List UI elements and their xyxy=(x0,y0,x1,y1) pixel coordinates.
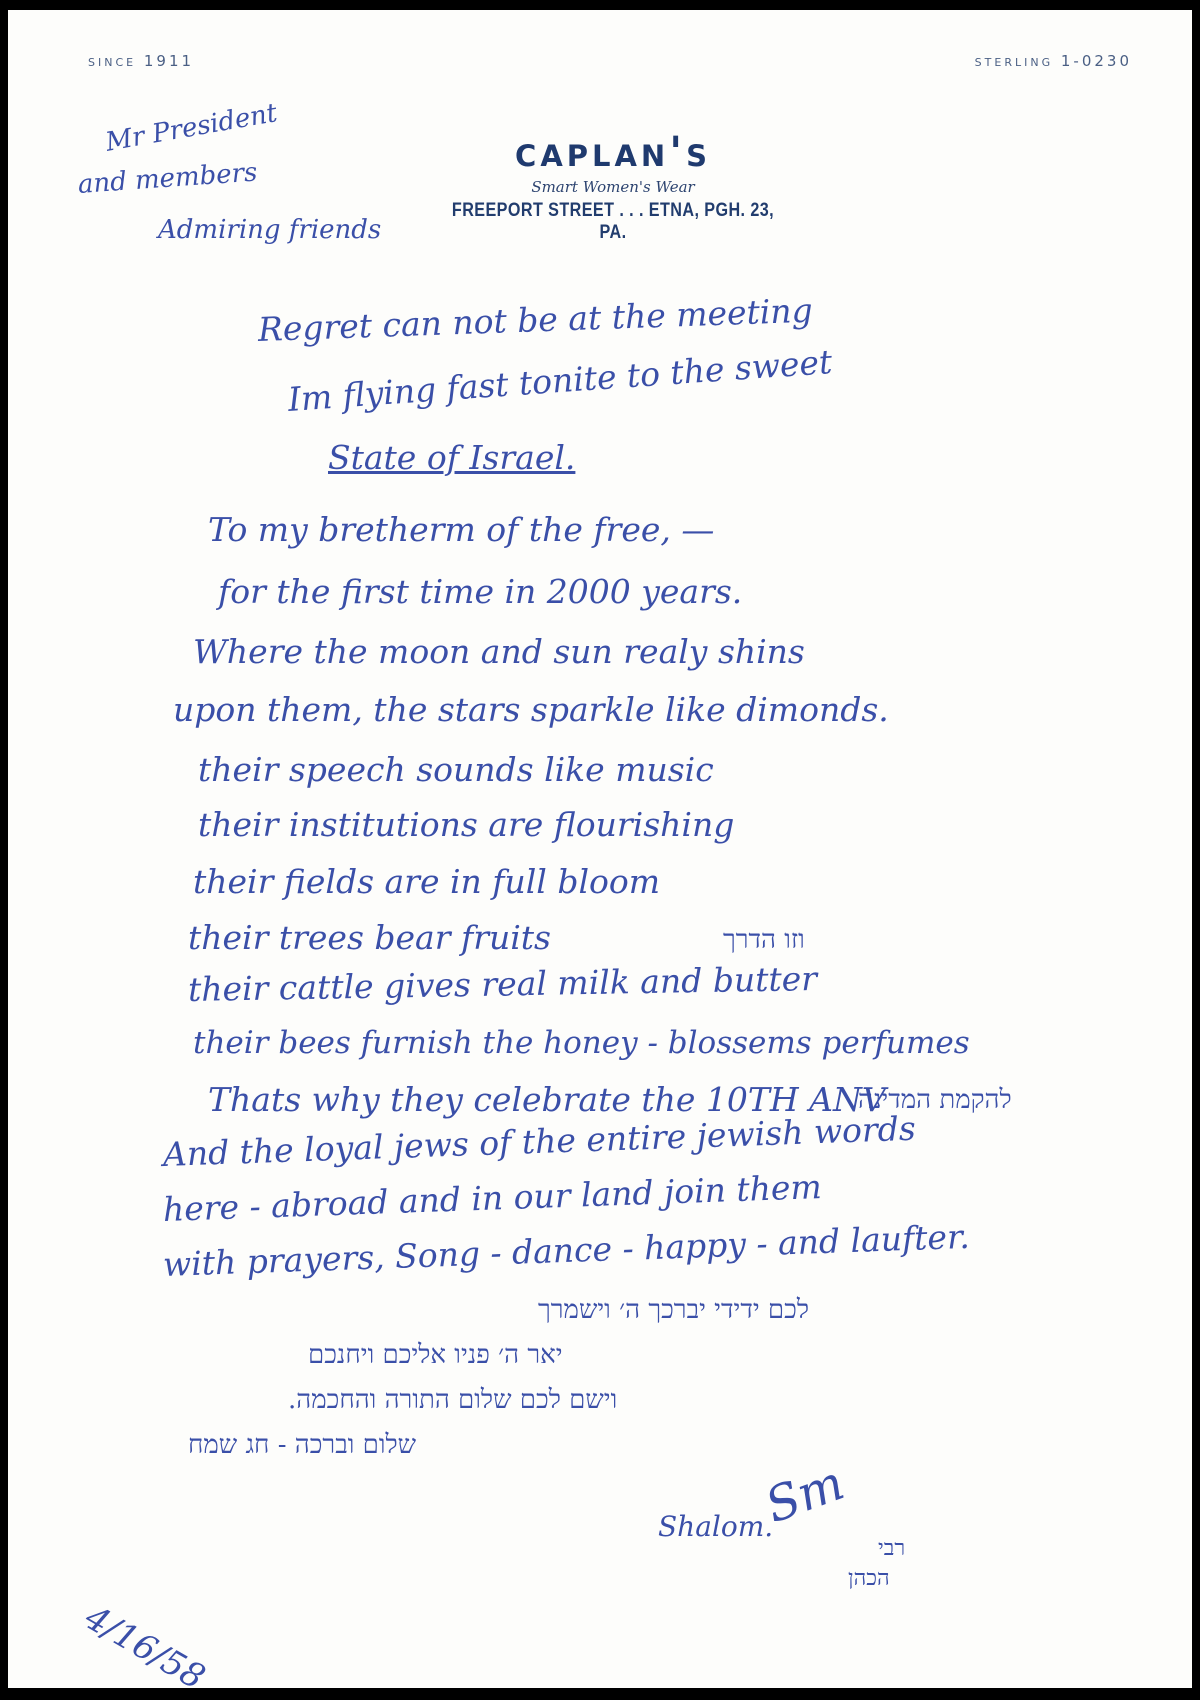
letter-line: upon them, the stars sparkle like dimond… xyxy=(173,690,889,729)
letter-line: To my bretherm of the free, — xyxy=(208,510,714,549)
letterhead-phone: Sterling 1-0230 xyxy=(975,52,1132,70)
hebrew-blessing-line: וישם לכם שלום התורה והחכמה. xyxy=(288,1385,617,1415)
letter-line: with prayers, Song - dance - happy - and… xyxy=(162,1217,970,1284)
signature: Sm xyxy=(758,1455,851,1534)
letter-line: their institutions are flourishing xyxy=(198,805,734,844)
closing: Shalom. xyxy=(658,1510,773,1543)
letter-line: Where the moon and sun realy shins xyxy=(193,632,805,671)
letter-line: Regret can not be at the meeting xyxy=(257,291,813,349)
hebrew-blessing-line: לכם ידידי יברכך ה׳ וישמרך xyxy=(538,1295,809,1325)
letter-line: for the first time in 2000 years. xyxy=(218,572,742,611)
business-tagline: Smart Women's Wear xyxy=(413,178,813,196)
letter-line: their bees furnish the honey - blossems … xyxy=(193,1025,970,1061)
signature-hebrew: רבי xyxy=(878,1535,905,1561)
letter-page: Since 1911 Sterling 1-0230 Caplan's Smar… xyxy=(8,10,1192,1688)
letter-line: their speech sounds like music xyxy=(198,750,714,789)
business-name: Caplan's xyxy=(413,130,813,174)
letter-line: Im flying fast tonite to the sweet xyxy=(287,342,834,419)
letter-line: State of Israel. xyxy=(328,438,575,477)
letterhead-brand: Caplan's Smart Women's Wear FREEPORT STR… xyxy=(413,130,813,244)
salutation-line: Mr President xyxy=(103,98,279,158)
hebrew-note: וזו הדרך xyxy=(723,925,805,955)
letter-line: their cattle gives real milk and butter xyxy=(188,959,818,1009)
hebrew-blessing-line: שלום וברכה - חג שמח xyxy=(188,1430,416,1460)
business-address: FREEPORT STREET . . . ETNA, PGH. 23, PA. xyxy=(443,200,783,244)
letter-date: 4/16/58 xyxy=(78,1598,212,1698)
letter-line: their trees bear fruits xyxy=(188,918,551,957)
signature-hebrew: הכהן xyxy=(848,1565,890,1591)
letterhead-since: Since 1911 xyxy=(88,52,194,70)
hebrew-blessing-line: יאר ה׳ פניו אליכם ויחנכם xyxy=(308,1340,563,1370)
salutation-line: Admiring friends xyxy=(158,215,381,245)
letter-line: their fields are in full bloom xyxy=(193,862,660,901)
salutation-line: and members xyxy=(77,158,258,200)
letter-line: here - abroad and in our land join them xyxy=(162,1167,822,1229)
